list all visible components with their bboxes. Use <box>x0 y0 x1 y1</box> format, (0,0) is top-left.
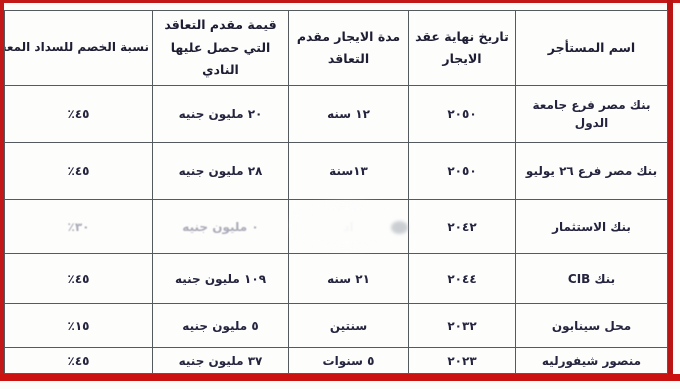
cell-end_date: ٢٠٣٢ <box>409 304 516 348</box>
cell-end_date: ٢٠٢٣ <box>409 348 516 374</box>
cell-name: بنك CIB <box>516 254 668 304</box>
header-row: اسم المستأجرتاريخ نهاية عقد الايجارمدة ا… <box>5 11 668 86</box>
table-row: بنك CIB٢٠٤٤٢١ سنه١٠٩ مليون جنيه٪٤٥ <box>5 254 668 304</box>
cell-duration: سنتين <box>289 304 409 348</box>
cell-discount: ٪١٥ <box>5 304 153 348</box>
table-body: بنك مصر فرع جامعة الدول٢٠٥٠١٢ سنه٢٠ مليو… <box>5 86 668 374</box>
cell-value: ٣٧ مليون جنيه <box>153 348 289 374</box>
scanned-page: اسم المستأجرتاريخ نهاية عقد الايجارمدة ا… <box>0 0 680 389</box>
cell-end_date: ٢٠٥٠ <box>409 86 516 143</box>
table-row: منصور شيفورليه٢٠٢٣٥ سنوات٣٧ مليون جنيه٪٤… <box>5 348 668 374</box>
column-header-value: قيمة مقدم التعاقد التي حصل عليها النادي <box>153 11 289 86</box>
column-header-name: اسم المستأجر <box>516 11 668 86</box>
table-row: محل سينابون٢٠٣٢سنتين٥ مليون جنيه٪١٥ <box>5 304 668 348</box>
cell-discount: ٪٤٥ <box>5 143 153 200</box>
cell-value: ٢٠ مليون جنيه <box>153 86 289 143</box>
cell-duration: ١٢ سنه <box>289 86 409 143</box>
table-row: بنك مصر فرع ٢٦ يوليو٢٠٥٠١٣سنة٢٨ مليون جن… <box>5 143 668 200</box>
cell-value: ٠ مليون جنيه <box>153 200 289 254</box>
cell-discount: ٪٣٠ <box>5 200 153 254</box>
cell-end_date: ٢٠٤٤ <box>409 254 516 304</box>
red-frame-top <box>0 0 680 3</box>
table-header: اسم المستأجرتاريخ نهاية عقد الايجارمدة ا… <box>5 11 668 86</box>
cell-duration: ٥ سنوات <box>289 348 409 374</box>
cell-end_date: ٢٠٥٠ <box>409 143 516 200</box>
red-frame-bottom <box>0 374 680 381</box>
cell-name: بنك مصر فرع جامعة الدول <box>516 86 668 143</box>
cell-discount: ٪٤٥ <box>5 86 153 143</box>
cell-name: محل سينابون <box>516 304 668 348</box>
table-row: بنك مصر فرع جامعة الدول٢٠٥٠١٢ سنه٢٠ مليو… <box>5 86 668 143</box>
cell-duration: اد <box>289 200 409 254</box>
cell-duration: ٢١ سنه <box>289 254 409 304</box>
cell-name: بنك الاستثمار <box>516 200 668 254</box>
lease-table: اسم المستأجرتاريخ نهاية عقد الايجارمدة ا… <box>4 10 668 374</box>
cell-name: بنك مصر فرع ٢٦ يوليو <box>516 143 668 200</box>
cell-value: ١٠٩ مليون جنيه <box>153 254 289 304</box>
cell-value: ٢٨ مليون جنيه <box>153 143 289 200</box>
cell-discount: ٪٤٥ <box>5 348 153 374</box>
cell-end_date: ٢٠٤٢ <box>409 200 516 254</box>
cell-value: ٥ مليون جنيه <box>153 304 289 348</box>
table-row: بنك الاستثمار٢٠٤٢اد٠ مليون جنيه٪٣٠ <box>5 200 668 254</box>
column-header-end_date: تاريخ نهاية عقد الايجار <box>409 11 516 86</box>
cell-duration: ١٣سنة <box>289 143 409 200</box>
cell-discount: ٪٤٥ <box>5 254 153 304</box>
cell-name: منصور شيفورليه <box>516 348 668 374</box>
column-header-duration: مدة الايجار مقدم التعاقد <box>289 11 409 86</box>
column-header-discount: نسبة الخصم للسداد المعجل <box>5 11 153 86</box>
